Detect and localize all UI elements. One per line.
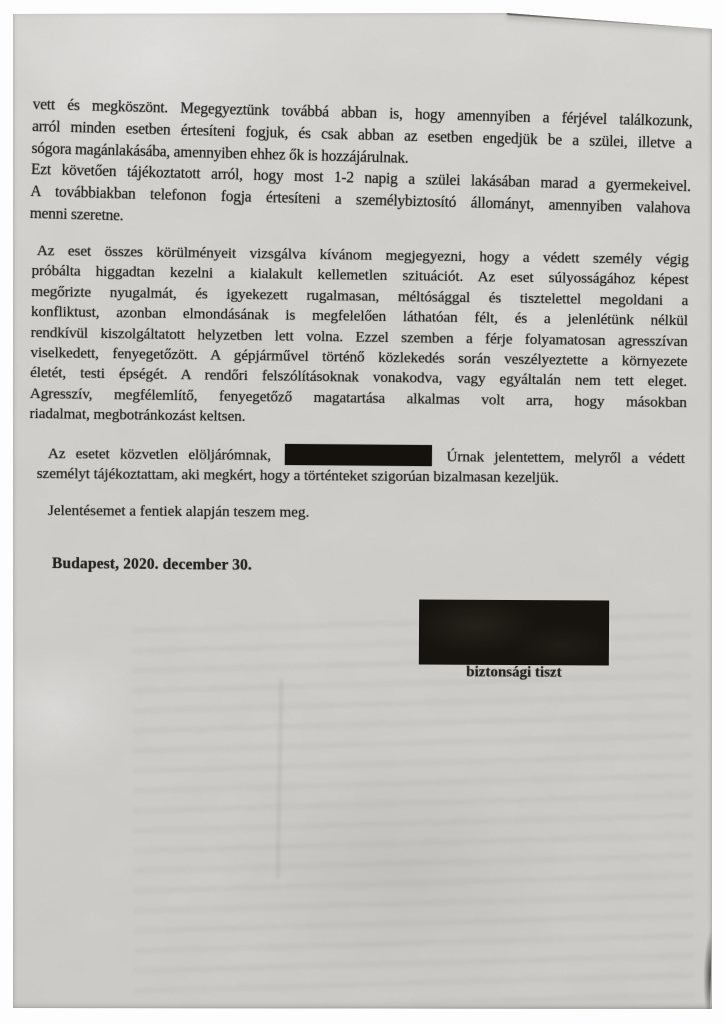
- page-corner-shadow: [698, 925, 711, 1009]
- signature-caption: biztonsági tiszt: [419, 662, 609, 683]
- paper-sheet: vett és megköszönt. Megegyeztünk továbbá…: [13, 13, 712, 1009]
- closing-statement: Jelentésemet a fentiek alapján teszem me…: [48, 501, 688, 526]
- body-text-block-top: vett és megköszönt. Megegyeztünk továbbá…: [30, 94, 693, 242]
- text-before-redaction: Az esetet közvetlen elöljárómnak,: [48, 445, 271, 464]
- paragraph-reporting: Az esetet közvetlen elöljárómnak, Úrnak …: [37, 442, 685, 490]
- paragraph-assessment: Az eset összes körülményeit vizsgálva kí…: [29, 241, 689, 434]
- redaction-box-name-inline: [285, 444, 432, 466]
- date-line: Budapest, 2020. december 30.: [52, 554, 452, 578]
- bleedthrough-texture: [131, 610, 695, 1006]
- redaction-box-signature: [419, 600, 609, 666]
- text-after-redaction: Úrnak jelentettem, melyről a védett: [446, 448, 684, 467]
